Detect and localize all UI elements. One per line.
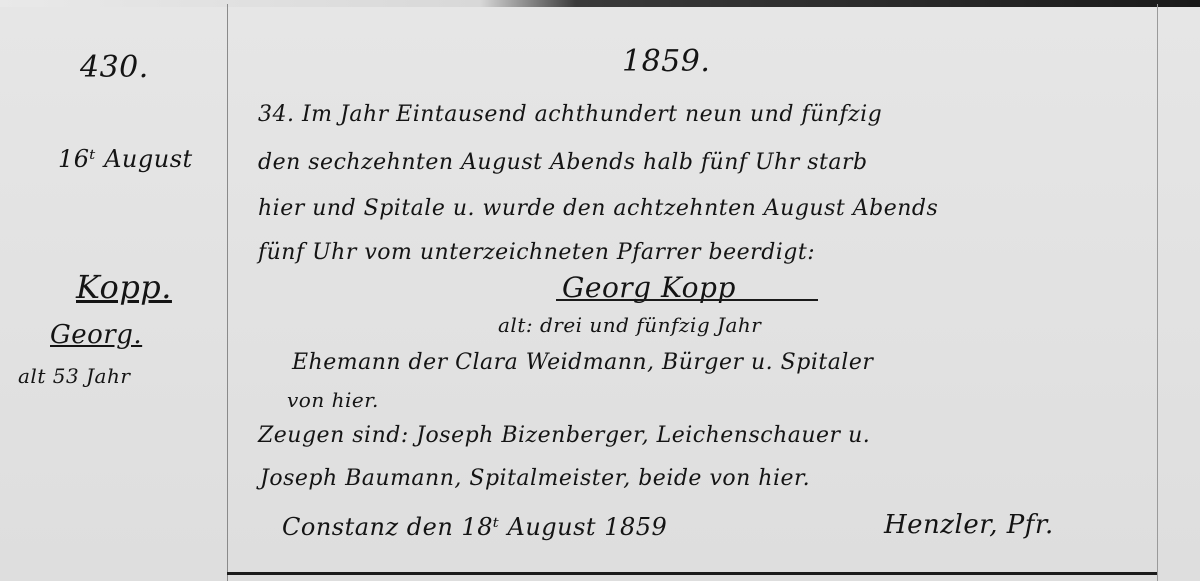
- detail-line-1: Ehemann der Clara Weidmann, Bürger u. Sp…: [292, 350, 873, 375]
- deceased-age: alt: drei und fünfzig Jahr: [498, 313, 761, 337]
- name-underline: [556, 299, 818, 301]
- entry-bottom-rule: [227, 572, 1157, 575]
- margin-age: alt 53 Jahr: [18, 364, 130, 388]
- pastor-signature: Henzler, Pfr.: [884, 510, 1054, 540]
- entry-line-3: hier und Spitale u. wurde den achtzehnte…: [258, 196, 938, 221]
- entry-line-2: den sechzehnten August Abends halb fünf …: [258, 150, 868, 175]
- witness-line-2: Joseph Baumann, Spitalmeister, beide von…: [260, 466, 810, 491]
- entry-line-1: 34. Im Jahr Eintausend achthundert neun …: [258, 102, 882, 127]
- page-year: 1859.: [622, 44, 710, 79]
- entry-line-4: fünf Uhr vom unterzeichneten Pfarrer bee…: [258, 240, 815, 265]
- entry-number: 430.: [80, 50, 149, 85]
- margin-given-name: Georg.: [50, 320, 142, 350]
- detail-line-2: von hier.: [287, 388, 379, 412]
- margin-date: 16ᵗ August: [58, 145, 193, 173]
- margin-column-divider: [227, 4, 228, 581]
- right-column-divider: [1157, 4, 1158, 581]
- closing-date: Constanz den 18ᵗ August 1859: [282, 513, 667, 541]
- page-top-edge: [0, 0, 1200, 7]
- witness-line-1: Zeugen sind: Joseph Bizenberger, Leichen…: [258, 423, 870, 448]
- margin-surname: Kopp.: [76, 268, 172, 306]
- register-page: 430. 16ᵗ August Kopp. Georg. alt 53 Jahr…: [0, 0, 1200, 581]
